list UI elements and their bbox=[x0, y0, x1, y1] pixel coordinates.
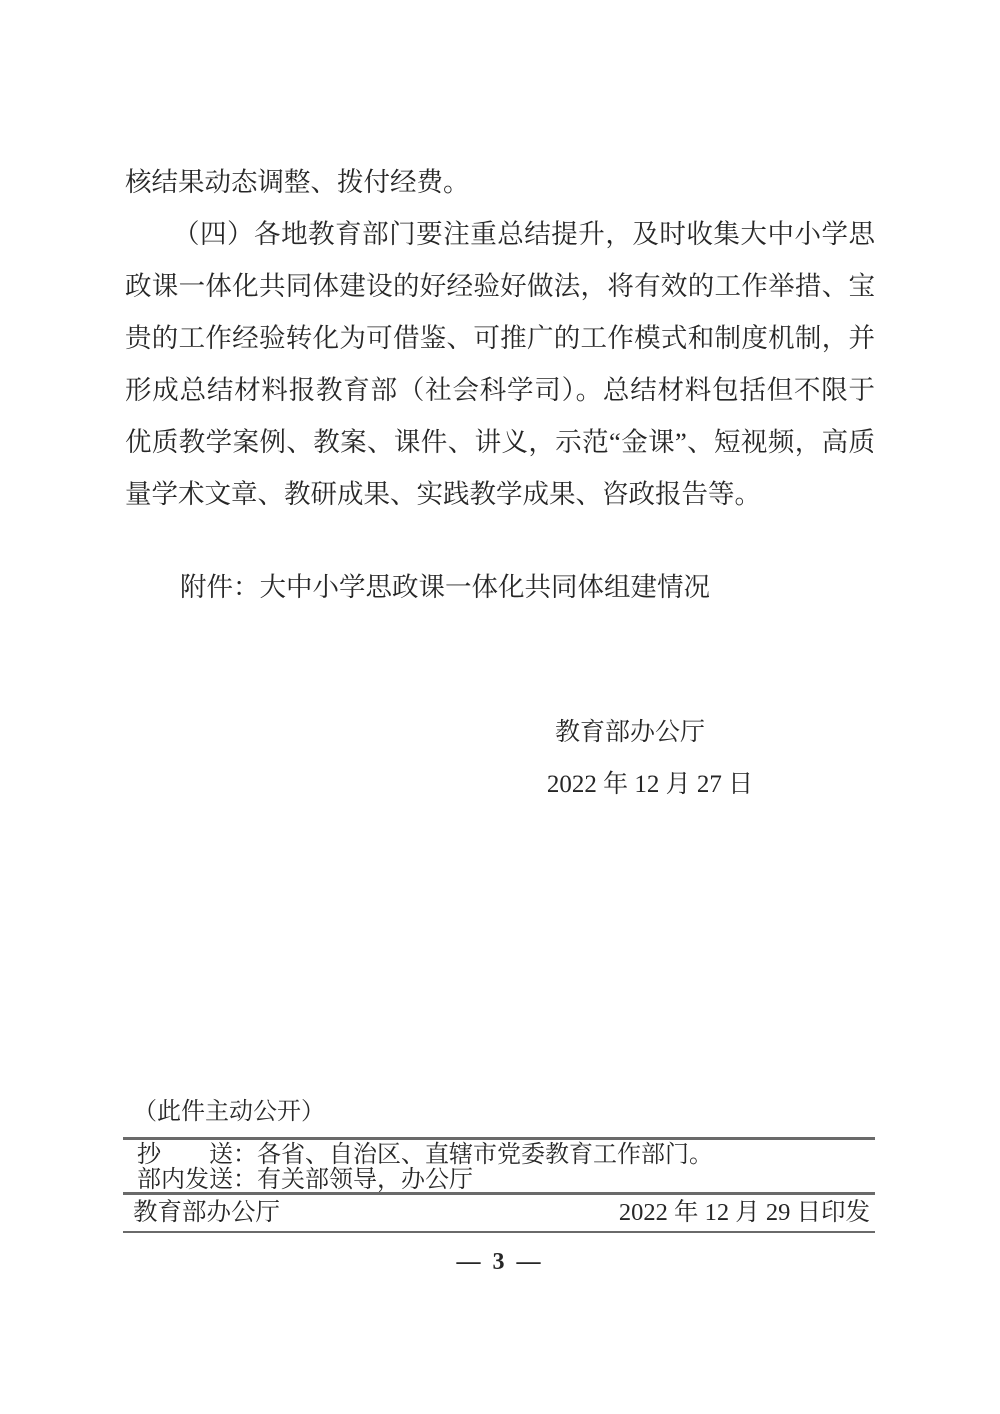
print-issuer: 教育部办公厅 bbox=[133, 1197, 280, 1229]
body-line: 形成总结材料报教育部（社会科学司）。总结材料包括但不限于 bbox=[125, 364, 875, 416]
signature-issuer: 教育部办公厅 bbox=[490, 713, 770, 753]
body-line: （四）各地教育部门要注重总结提升，及时收集大中小学思 bbox=[125, 208, 875, 260]
page-number: — 3 — bbox=[0, 1246, 1000, 1278]
body-text: 核结果动态调整、拨付经费。 （四）各地教育部门要注重总结提升，及时收集大中小学思… bbox=[125, 156, 875, 520]
internal-send-recipients: 有关部领导，办公厅 bbox=[257, 1167, 473, 1193]
print-date: 2022 年 12 月 29 日印发 bbox=[619, 1197, 870, 1229]
separator-rule-top bbox=[123, 1137, 875, 1140]
signature-date: 2022 年 12 月 27 日 bbox=[470, 765, 830, 805]
separator-rule-middle bbox=[123, 1192, 875, 1195]
body-line: 优质教学案例、教案、课件、讲义，示范“金课”、短视频，高质 bbox=[125, 416, 875, 468]
cc-line: 抄 送：各省、自治区、直辖市党委教育工作部门。 bbox=[137, 1141, 713, 1169]
internal-send-label: 部内发送： bbox=[137, 1167, 257, 1193]
separator-rule-bottom bbox=[123, 1231, 875, 1233]
internal-send-line: 部内发送：有关部领导，办公厅 bbox=[137, 1166, 473, 1194]
body-line: 政课一体化共同体建设的好经验好做法，将有效的工作举措、宝 bbox=[125, 260, 875, 312]
attachment-line: 附件：大中小学思政课一体化共同体组建情况 bbox=[180, 561, 710, 613]
disclosure-note: （此件主动公开） bbox=[133, 1093, 325, 1131]
print-info-row: 教育部办公厅 2022 年 12 月 29 日印发 bbox=[133, 1197, 870, 1229]
document-page: 核结果动态调整、拨付经费。 （四）各地教育部门要注重总结提升，及时收集大中小学思… bbox=[0, 0, 1000, 1414]
body-line: 核结果动态调整、拨付经费。 bbox=[125, 156, 875, 208]
cc-recipients: 各省、自治区、直辖市党委教育工作部门。 bbox=[257, 1142, 713, 1168]
body-line: 量学术文章、教研成果、实践教学成果、咨政报告等。 bbox=[125, 468, 875, 520]
cc-label: 抄 送： bbox=[137, 1142, 257, 1168]
body-line: 贵的工作经验转化为可借鉴、可推广的工作模式和制度机制，并 bbox=[125, 312, 875, 364]
